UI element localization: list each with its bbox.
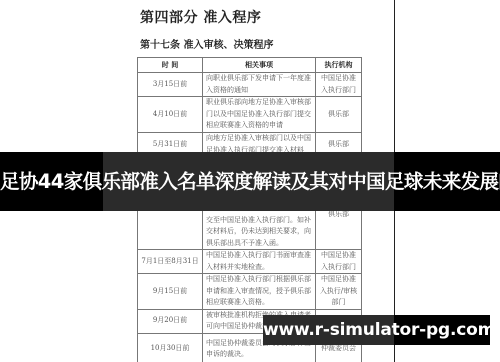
watermark-text: www.r-simulator-pg.com [263,315,490,345]
cell-time: 9月20日前 [138,309,203,333]
cell-time: 7月1日至8月31日 [138,250,203,274]
headline-banner: 足协44家俱乐部准入名单深度解读及其对中国足球未来发展的影响 [0,152,500,211]
table-row: 3月15日前 向职业俱乐部下发申请下一年度准入资格的通知 中国足协准入执行部门 [138,73,362,97]
cell-matter: 中国足协准入执行部门根据俱乐部申请和准入审查情况，授予俱乐部相应联赛准入资格。 [203,274,316,310]
cell-org: 中国足协准入执行/审核部门 [316,274,362,310]
table-row: 7月1日至8月31日 中国足协准入执行部门书面审查准入材料并实地检查。 中国足协… [138,250,362,274]
cell-time: 10月30日前 [138,333,203,362]
cell-org: 俱乐部 [316,97,362,133]
cell-time: 9月15日前 [138,274,203,310]
header-matter: 相关事项 [203,58,316,73]
cell-matter: 向职业俱乐部下发申请下一年度准入资格的通知 [203,73,316,97]
cell-org: 中国足协准入执行部门 [316,250,362,274]
cell-org: 中国足协准入执行部门 [316,73,362,97]
cell-time: 4月10日前 [138,97,203,133]
header-org: 执行机构 [316,58,362,73]
header-time: 时 间 [138,58,203,73]
table-row: 9月15日前 中国足协准入执行部门根据俱乐部申请和准入审查情况，授予俱乐部相应联… [138,274,362,310]
table-header-row: 时 间 相关事项 执行机构 [138,58,362,73]
watermark-box: www.r-simulator-pg.com [263,315,490,345]
cell-matter: 职业俱乐部向地方足协准入审核部门以及中国足协准入执行部门提交相应联赛准入资格的申… [203,97,316,133]
cell-matter: 中国足协准入执行部门书面审查准入材料并实地检查。 [203,250,316,274]
cell-time: 3月15日前 [138,73,203,97]
article-title: 第十七条 准入审核、决策程序 [140,36,273,51]
table-row: 4月10日前 职业俱乐部向地方足协准入审核部门以及中国足协准入执行部门提交相应联… [138,97,362,133]
headline-text: 足协44家俱乐部准入名单深度解读及其对中国足球未来发展的影响 [0,152,500,211]
section-title: 第四部分 准入程序 [140,7,261,27]
